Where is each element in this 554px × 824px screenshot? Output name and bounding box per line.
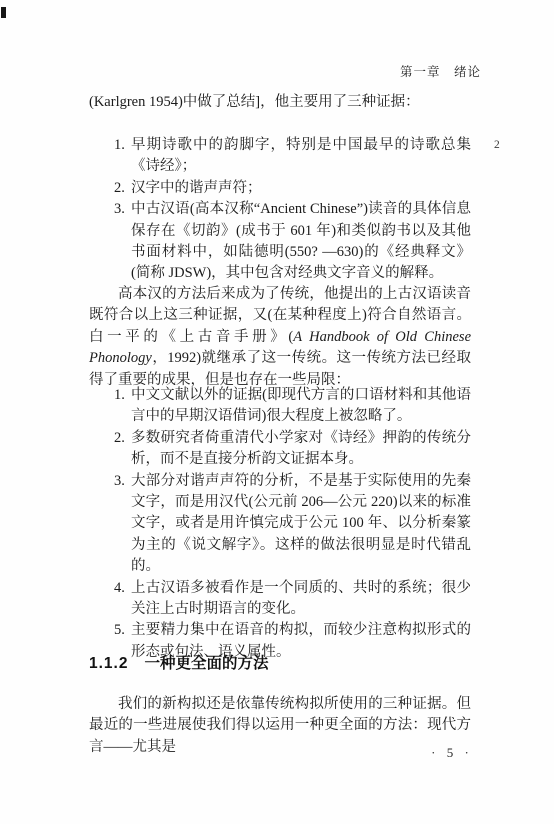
list-item: 1. 中文文献以外的证据(即现代方言的口语材料和其他语言中的早期汉语借词)很大程… — [89, 385, 471, 428]
margin-page-note: 2 — [494, 139, 500, 151]
list-item-number: 3. — [114, 199, 125, 220]
list-item: 1. 早期诗歌中的韵脚字，特别是中国最早的诗歌总集《诗经》； — [89, 135, 471, 178]
section-heading-title: 一种更全面的方法 — [144, 655, 268, 672]
list-item-text: 大部分对谐声声符的分析，不是基于实际使用的先秦文字，而是用汉代(公元前 206—… — [131, 473, 471, 575]
list-item-number: 3. — [114, 471, 125, 492]
list-item-number: 5. — [114, 620, 125, 641]
intro-line: (Karlgren 1954)中做了总结]，他主要用了三种证据： — [89, 92, 471, 113]
evidence-list: 1. 早期诗歌中的韵脚字，特别是中国最早的诗歌总集《诗经》； 2. 汉字中的谐声… — [89, 135, 471, 285]
list-item-number: 2. — [114, 428, 125, 449]
paragraph-tradition: 高本汉的方法后来成为了传统，他提出的上古汉语读音既符合以上这三种证据，又(在某种… — [89, 284, 471, 391]
list-item-text: 汉字中的谐声声符； — [131, 180, 262, 196]
list-item-number: 1. — [114, 385, 125, 406]
scan-artifact-mark — [1, 7, 6, 18]
book-page: 第一章 绪论 2 (Karlgren 1954)中做了总结]，他主要用了三种证据… — [0, 0, 554, 824]
section-heading: 1.1.2一种更全面的方法 — [89, 654, 471, 674]
list-item: 3. 中古汉语(高本汉称“Ancient Chinese”)读音的具体信息保存在… — [89, 199, 471, 285]
limitations-list: 1. 中文文献以外的证据(即现代方言的口语材料和其他语言中的早期汉语借词)很大程… — [89, 385, 471, 663]
list-item-text: 多数研究者倚重清代小学家对《诗经》押韵的传统分析，而不是直接分析韵文证据本身。 — [131, 430, 471, 467]
running-head: 第一章 绪论 — [89, 62, 481, 80]
list-item: 4. 上古汉语多被看作是一个同质的、共时的系统；很少关注上古时期语言的变化。 — [89, 578, 471, 621]
list-item-text: 早期诗歌中的韵脚字，特别是中国最早的诗歌总集《诗经》； — [131, 137, 471, 174]
list-item: 2. 多数研究者倚重清代小学家对《诗经》押韵的传统分析，而不是直接分析韵文证据本… — [89, 428, 471, 471]
list-item-number: 2. — [114, 178, 125, 199]
list-item-number: 4. — [114, 578, 125, 599]
page-number: · 5 · — [418, 745, 482, 761]
section-heading-number: 1.1.2 — [89, 655, 128, 672]
list-item-number: 1. — [114, 135, 125, 156]
list-item-text: 中文文献以外的证据(即现代方言的口语材料和其他语言中的早期汉语借词)很大程度上被… — [131, 387, 471, 424]
list-item-text: 上古汉语多被看作是一个同质的、共时的系统；很少关注上古时期语言的变化。 — [131, 580, 471, 617]
list-item: 2. 汉字中的谐声声符； — [89, 178, 471, 199]
paragraph-new-approach: 我们的新构拟还是依靠传统构拟所使用的三种证据。但最近的一些进展使我们得以运用一种… — [89, 694, 471, 758]
list-item-text: 中古汉语(高本汉称“Ancient Chinese”)读音的具体信息保存在《切韵… — [131, 201, 471, 281]
list-item: 3. 大部分对谐声声符的分析，不是基于实际使用的先秦文字，而是用汉代(公元前 2… — [89, 471, 471, 578]
